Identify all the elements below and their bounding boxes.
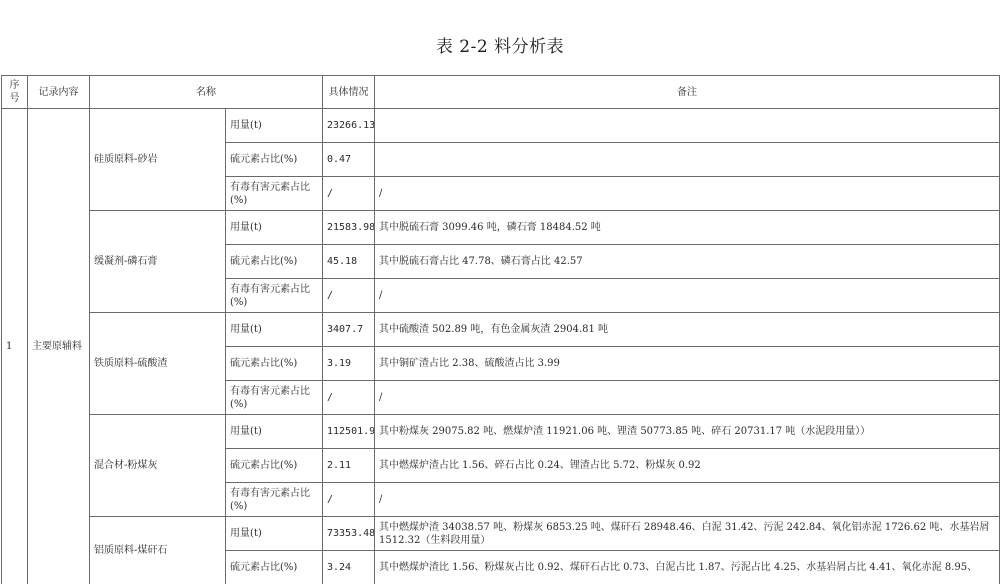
item-label: 有毒有害元素占比(%) [226, 381, 323, 415]
item-value: 23266.13 [323, 109, 375, 143]
item-value: 2.11 [323, 449, 375, 483]
record-cell: 主要原辅料 [28, 109, 90, 584]
item-value: / [323, 381, 375, 415]
item-value: / [323, 483, 375, 517]
item-value: 73353.48 [323, 517, 375, 551]
item-label: 硫元素占比(%) [226, 449, 323, 483]
item-value: / [323, 279, 375, 313]
seq-cell: 1 [2, 109, 28, 584]
item-label: 有毒有害元素占比(%) [226, 279, 323, 313]
item-value: 3407.7 [323, 313, 375, 347]
item-remark [375, 143, 1000, 177]
table-title: 表 2-2 料分析表 [0, 32, 1000, 57]
item-label: 用量(t) [226, 211, 323, 245]
item-value: 21583.98 [323, 211, 375, 245]
table-row: 混合材-粉煤灰 用量(t) 112501.90 其中粉煤灰 29075.82 吨… [2, 415, 1000, 449]
header-row: 序号 记录内容 名称 具体情况 备注 [2, 76, 1000, 109]
item-label: 用量(t) [226, 415, 323, 449]
header-detail: 具体情况 [323, 76, 375, 109]
material-name: 铝质原料-煤矸石 [90, 517, 226, 584]
table-row: 铝质原料-煤矸石 用量(t) 73353.48 其中燃煤炉渣 34038.57 … [2, 517, 1000, 551]
header-seq: 序号 [2, 76, 28, 109]
table-row: 1 主要原辅料 硅质原料-砂岩 用量(t) 23266.13 [2, 109, 1000, 143]
item-remark: 其中燃煤炉渣 34038.57 吨、粉煤灰 6853.25 吨、煤矸石 2894… [375, 517, 1000, 551]
item-remark: 其中脱硫石膏 3099.46 吨，磷石膏 18484.52 吨 [375, 211, 1000, 245]
item-remark: 其中脱硫石膏占比 47.78、磷石膏占比 42.57 [375, 245, 1000, 279]
material-analysis-table: 序号 记录内容 名称 具体情况 备注 1 主要原辅料 硅质原料-砂岩 用量(t)… [1, 75, 1000, 584]
item-label: 有毒有害元素占比(%) [226, 177, 323, 211]
item-label: 用量(t) [226, 313, 323, 347]
item-remark: / [375, 483, 1000, 517]
item-value: 45.18 [323, 245, 375, 279]
item-remark: 其中铜矿渣占比 2.38、硫酸渣占比 3.99 [375, 347, 1000, 381]
item-remark [375, 109, 1000, 143]
item-label: 用量(t) [226, 517, 323, 551]
item-value: 3.24 [323, 551, 375, 584]
item-label: 硫元素占比(%) [226, 245, 323, 279]
header-remark: 备注 [375, 76, 1000, 109]
item-remark: 其中燃煤炉渣比 1.56、粉煤灰占比 0.92、煤矸石占比 0.73、白泥占比 … [375, 551, 1000, 584]
item-label: 硫元素占比(%) [226, 143, 323, 177]
table-row: 铁质原料-硫酸渣 用量(t) 3407.7 其中硫酸渣 502.89 吨，有色金… [2, 313, 1000, 347]
item-label: 有毒有害元素占比(%) [226, 483, 323, 517]
header-record: 记录内容 [28, 76, 90, 109]
item-remark: 其中硫酸渣 502.89 吨，有色金属灰渣 2904.81 吨 [375, 313, 1000, 347]
item-value: 0.47 [323, 143, 375, 177]
header-name: 名称 [90, 76, 323, 109]
item-remark: / [375, 381, 1000, 415]
item-label: 硫元素占比(%) [226, 551, 323, 584]
material-name: 铁质原料-硫酸渣 [90, 313, 226, 415]
item-value: 3.19 [323, 347, 375, 381]
item-value: / [323, 177, 375, 211]
material-name: 硅质原料-砂岩 [90, 109, 226, 211]
material-name: 混合材-粉煤灰 [90, 415, 226, 517]
item-label: 硫元素占比(%) [226, 347, 323, 381]
material-name: 缓凝剂-磷石膏 [90, 211, 226, 313]
item-remark: 其中粉煤灰 29075.82 吨、燃煤炉渣 11921.06 吨、锂渣 5077… [375, 415, 1000, 449]
item-label: 用量(t) [226, 109, 323, 143]
item-remark: 其中燃煤炉渣占比 1.56、碎石占比 0.24、锂渣占比 5.72、粉煤灰 0.… [375, 449, 1000, 483]
item-remark: / [375, 177, 1000, 211]
item-remark: / [375, 279, 1000, 313]
item-value: 112501.90 [323, 415, 375, 449]
table-row: 缓凝剂-磷石膏 用量(t) 21583.98 其中脱硫石膏 3099.46 吨，… [2, 211, 1000, 245]
